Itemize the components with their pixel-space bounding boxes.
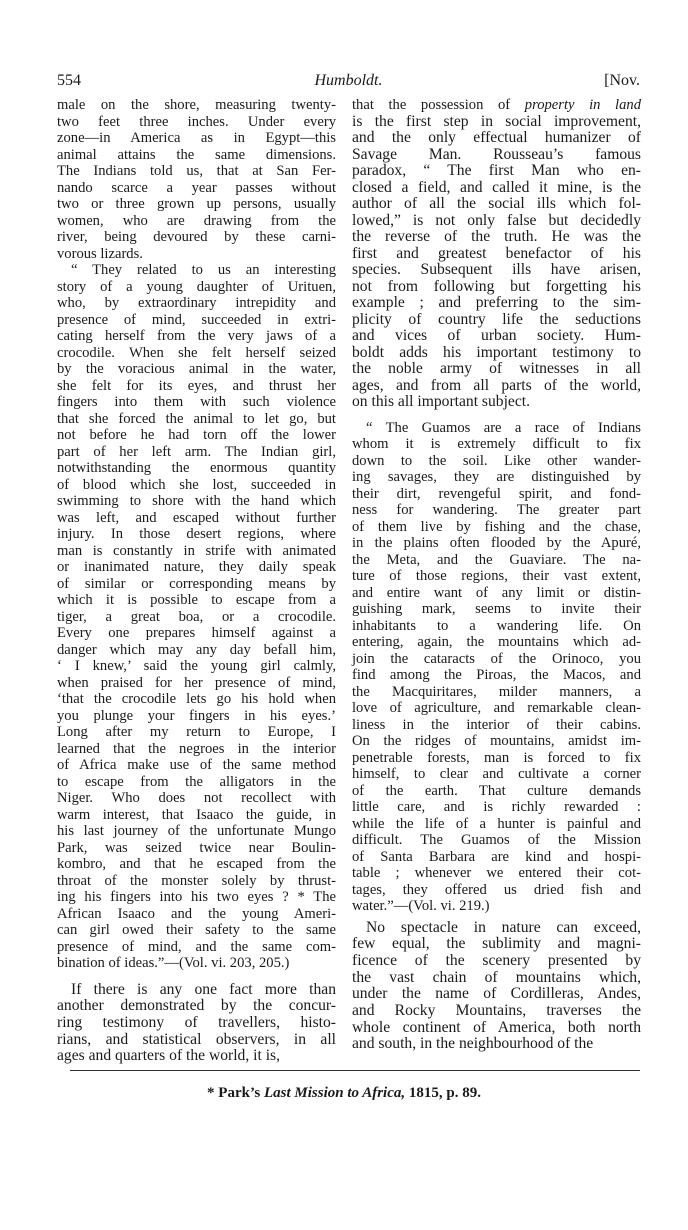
text-line: plicity of country life the seductions: [352, 312, 641, 329]
text-line: love of agriculture, and remarkable clea…: [352, 700, 641, 717]
text-line: ficence of the scenery presented by: [352, 953, 641, 970]
text-line: first and greatest benefactor of his: [352, 246, 641, 263]
text-line: ages and quarters of the world, it is,: [57, 1048, 336, 1065]
right-column: that the possession of property in land …: [352, 97, 641, 1053]
text-line: example ; and preferring to the sim-: [352, 295, 641, 312]
text-line: crocodile. When she felt herself seized: [57, 345, 336, 362]
text-line: paradox, “ The first Man who en-: [352, 163, 641, 180]
text-line: ring testimony of travellers, histo-: [57, 1015, 336, 1032]
text-line: when praised for her presence of mind,: [57, 675, 336, 692]
text-line: himself, to clear and cultivate a corner: [352, 766, 641, 783]
footnote-marker: * Park’s: [207, 1085, 264, 1101]
text-line: river, being devoured by these carni-: [57, 229, 336, 246]
paragraph: No spectacle in nature can exceed,few eq…: [352, 920, 641, 1054]
text-line: is the first step in social improvement,: [352, 114, 641, 131]
text-line: presence of mind, and the same com-: [57, 939, 336, 956]
text-line: Savage Man. Rousseau’s famous: [352, 147, 641, 164]
text-line: and Rocky Mountains, traverses the: [352, 1003, 641, 1020]
text-line: in the plains often flooded by the Apuré…: [352, 535, 641, 552]
text-line: table ; whenever we entered their cot-: [352, 865, 641, 882]
text-line: who, by extraordinary intrepidity and: [57, 295, 336, 312]
text-line: and the only effectual humanizer of: [352, 130, 641, 147]
text-line: swimming to shore with the hand which: [57, 493, 336, 510]
footnote-rest: 1815, p. 89.: [405, 1085, 481, 1101]
text-line: The Indians told us, that at San Fer-: [57, 163, 336, 180]
italic-emphasis: property in land: [525, 97, 641, 113]
text-line: story of a young daughter of Urituen,: [57, 279, 336, 296]
text-line: on this all important subject.: [352, 394, 641, 411]
text-line: two or three grown up persons, usually: [57, 196, 336, 213]
text-line: and south, in the neighbourhood of the: [352, 1036, 641, 1053]
text-line: nando scarce a year passes without: [57, 180, 336, 197]
text-line: that the possession of property in land: [352, 97, 641, 114]
text-line: bination of ideas.”—(Vol. vi. 203, 205.): [57, 955, 336, 972]
text-line: his last journey of the unfortunate Mung…: [57, 823, 336, 840]
paragraph: male on the shore, measuring twenty-two …: [57, 97, 336, 262]
paragraph: “ They related to us an interestingstory…: [57, 262, 336, 972]
text-line: to escape from the alligators in the: [57, 774, 336, 791]
text-line: ing savages, they are distinguished by: [352, 469, 641, 486]
text-line: throat of the monster solely by thrust-: [57, 873, 336, 890]
text-line: two feet three inches. Under every: [57, 114, 336, 131]
text-line: Niger. Who does not recollect with: [57, 790, 336, 807]
text-line: Long after my return to Europe, I: [57, 724, 336, 741]
text-line: lowed,” is not only false but decidedly: [352, 213, 641, 230]
text-line: ness for wandering. The greater part: [352, 502, 641, 519]
text-line: presence of mind, succeeded in extri-: [57, 312, 336, 329]
text-line: ages, and from all parts of the world,: [352, 378, 641, 395]
text-line: the Macquiritares, milder manners, a: [352, 684, 641, 701]
paragraph-gap: [57, 972, 336, 982]
text-line: and entire want of any limit or distin-: [352, 585, 641, 602]
text-line: of similar or corresponding means by: [57, 576, 336, 593]
text-line: learned that the negroes in the interior: [57, 741, 336, 758]
paragraph: is the first step in social improvement,…: [352, 114, 641, 411]
paragraph: “ The Guamos are a race of Indianswhom i…: [352, 420, 641, 915]
text-line: Park, was seized twice near Boulin-: [57, 840, 336, 857]
text-line: rians, and statistical observers, in all: [57, 1032, 336, 1049]
text-line: of Africa make use of the same method: [57, 757, 336, 774]
text-line: women, who are drawing from the: [57, 213, 336, 230]
text-line: by the voracious animal in the water,: [57, 361, 336, 378]
text-line: “ The Guamos are a race of Indians: [352, 420, 641, 437]
text-line: whole continent of America, both north: [352, 1020, 641, 1037]
text-line: the reverse of the truth. He was the: [352, 229, 641, 246]
text-line: which it is possible to escape from a: [57, 592, 336, 609]
left-column: male on the shore, measuring twenty-two …: [57, 97, 336, 1065]
text-line: another demonstrated by the concur-: [57, 998, 336, 1015]
footnote-rule: [70, 1070, 640, 1071]
text-line: part of her left arm. The Indian girl,: [57, 444, 336, 461]
text-line: No spectacle in nature can exceed,: [352, 920, 641, 937]
running-header: 554 Humboldt. [Nov.: [57, 72, 640, 92]
text-line: vorous lizards.: [57, 246, 336, 263]
text-line: danger which may any day befall him,: [57, 642, 336, 659]
text-line: African Isaaco and the young Ameri-: [57, 906, 336, 923]
text-line: zone—in America as in Egypt—this: [57, 130, 336, 147]
text-line: while the life of a hunter is painful an…: [352, 816, 641, 833]
text-line: join the cataracts of the Orinoco, you: [352, 651, 641, 668]
text-line: author of all the social ills which fol-: [352, 196, 641, 213]
text-line: liness in the interior of their cabins.: [352, 717, 641, 734]
text-line: injury. In those desert regions, where: [57, 526, 336, 543]
text-line: down to the soil. Like other wander-: [352, 453, 641, 470]
text-line: “ They related to us an interesting: [57, 262, 336, 279]
text-line: ture of those regions, their vast extent…: [352, 568, 641, 585]
text-line: kombro, and that he escaped from the: [57, 856, 336, 873]
text-line: the noble army of witnesses in all: [352, 361, 641, 378]
text-line: not before he had torn off the lower: [57, 427, 336, 444]
text-line: the Meta, and the Guaviare. The na-: [352, 552, 641, 569]
text-line: male on the shore, measuring twenty-: [57, 97, 336, 114]
text-line: ing his fingers into his two eyes ? * Th…: [57, 889, 336, 906]
text-line: not from following but forgetting his: [352, 279, 641, 296]
text-line: water.”—(Vol. vi. 219.): [352, 898, 641, 915]
text-line: cating herself from the very jaws of a: [57, 328, 336, 345]
text-line: of blood which she lost, succeeded in: [57, 477, 336, 494]
paragraph-gap: [352, 411, 641, 420]
text-line: fingers into them with such violence: [57, 394, 336, 411]
text-line: penetrable forests, man is forced to fix: [352, 750, 641, 767]
text-line: inhabitants to a wandering life. On: [352, 618, 641, 635]
text-line: of the earth. That culture demands: [352, 783, 641, 800]
text-line: On the ridges of mountains, amidst im-: [352, 733, 641, 750]
text-line: tiger, a great boa, or a crocodile.: [57, 609, 336, 626]
footnote: * Park’s Last Mission to Africa, 1815, p…: [0, 1085, 688, 1102]
text-line: ‘that the crocodile lets go his hold whe…: [57, 691, 336, 708]
text-line: ‘ I knew,’ said the young girl calmly,: [57, 658, 336, 675]
text-line: little care, and is richly rewarded :: [352, 799, 641, 816]
running-title: Humboldt.: [57, 72, 640, 90]
paragraph: If there is any one fact more thananothe…: [57, 982, 336, 1065]
text-line: Every one prepares himself against a: [57, 625, 336, 642]
text-line: and vices of urban society. Hum-: [352, 328, 641, 345]
text-line: of Santa Barbara are kind and hospi-: [352, 849, 641, 866]
text-line: man is constantly in strife with animate…: [57, 543, 336, 560]
text-line: of them live by fishing and the chase,: [352, 519, 641, 536]
text-line: under the name of Cordilleras, Andes,: [352, 986, 641, 1003]
text-line: difficult. The Guamos of the Mission: [352, 832, 641, 849]
text-line: their dirt, revengeful spirit, and fond-: [352, 486, 641, 503]
text-line: boldt adds his important testimony to: [352, 345, 641, 362]
text-line: the vast chain of mountains which,: [352, 970, 641, 987]
text-line: If there is any one fact more than: [57, 982, 336, 999]
text-line: warm interest, that Isaaco the guide, in: [57, 807, 336, 824]
text-line: guishing mark, seems to invite their: [352, 601, 641, 618]
footnote-title: Last Mission to Africa,: [264, 1085, 405, 1101]
text-line: tages, they offered us dried fish and: [352, 882, 641, 899]
text-line: closed a field, and called it mine, is t…: [352, 180, 641, 197]
text-span: that the possession of: [352, 97, 525, 113]
text-line: whom it is extremely difficult to fix: [352, 436, 641, 453]
text-line: you plunge your fingers in his eyes.’: [57, 708, 336, 725]
text-line: that she forced the animal to let go, bu…: [57, 411, 336, 428]
text-line: entering, again, the mountains which ad-: [352, 634, 641, 651]
text-line: notwithstanding the enormous quantity: [57, 460, 336, 477]
text-line: she felt for its eyes, and thrust her: [57, 378, 336, 395]
text-line: few equal, the sublimity and magni-: [352, 936, 641, 953]
text-line: species. Subsequent ills have arisen,: [352, 262, 641, 279]
text-line: animal attains the same dimensions.: [57, 147, 336, 164]
text-line: or inanimated nature, they daily speak: [57, 559, 336, 576]
text-line: was left, and escaped without further: [57, 510, 336, 527]
text-line: find among the Piroas, the Macos, and: [352, 667, 641, 684]
text-line: can girl owed their safety to the same: [57, 922, 336, 939]
issue-month: [Nov.: [604, 72, 640, 90]
